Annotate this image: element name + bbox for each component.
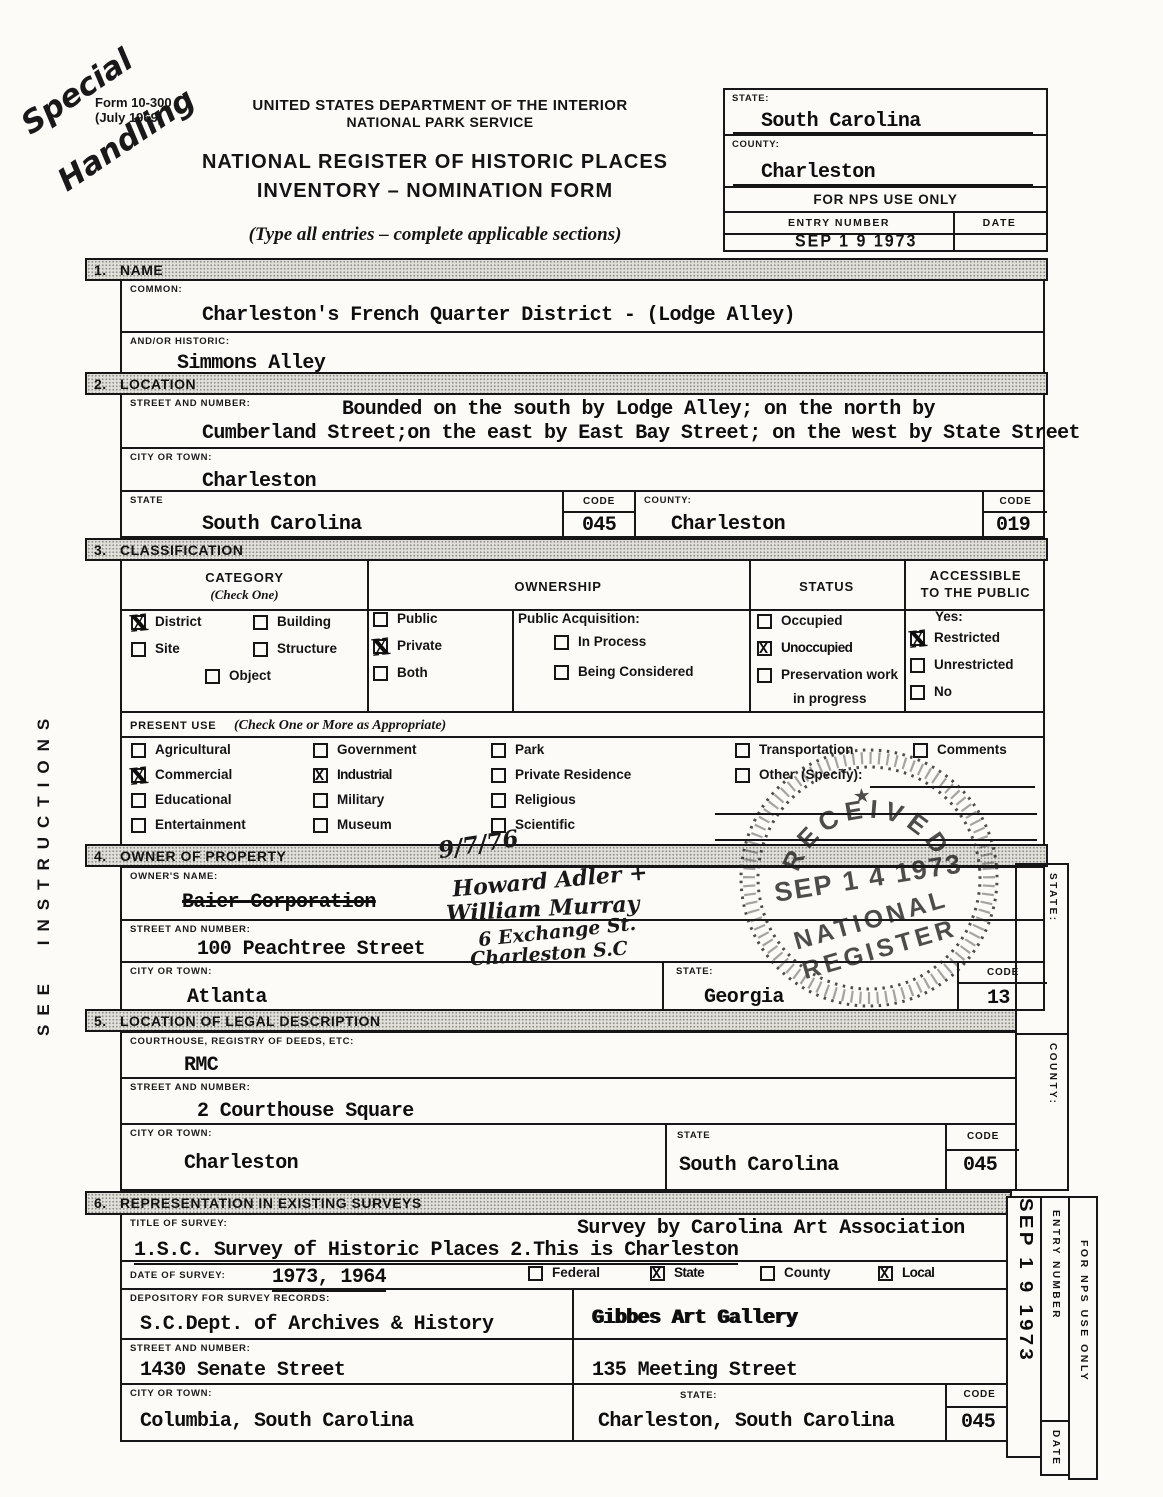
checkbox-educational: Educational [131,793,232,808]
legal-state-label: STATE [677,1131,710,1141]
common-name-row: COMMON: Charleston's French Quarter Dist… [120,279,1045,333]
checkbox-no: No [910,685,952,700]
section4-bar: 4. OWNER OF PROPERTY [85,844,1048,867]
nps-use-box: STATE: South Carolina COUNTY: Charleston… [723,88,1048,252]
checkbox-military: Military [313,793,384,808]
checkbox-square [491,743,506,758]
preservation-work-line2: in progress [793,691,867,706]
accessible-header-line1: ACCESSIBLE [904,568,1047,583]
legal-state-value: South Carolina [679,1155,839,1177]
nps-use-only-label: FOR NPS USE ONLY [725,192,1046,207]
other-specify-note: (Specify): [801,767,863,782]
margin-county-box: COUNTY: [1015,1033,1069,1191]
date-label: DATE [953,217,1046,229]
location-street-row: STREET AND NUMBER: Bounded on the south … [120,393,1045,449]
state-label: STATE: [732,94,769,104]
survey-title-row: TITLE OF SURVEY: Survey by Carolina Art … [120,1213,1010,1262]
owner-state-cell: STATE: Georgia [662,963,957,1009]
margin-nps-only-box: FOR NPS USE ONLY [1068,1196,1098,1480]
checkbox-being-considered: Being Considered [554,665,694,680]
depository-row: DEPOSITORY FOR SURVEY RECORDS: S.C.Dept.… [120,1288,1010,1340]
checkbox-square: X [131,768,146,783]
entry-number-label: ENTRY NUMBER [725,217,953,229]
section3-number: 3. [94,542,120,558]
checkbox-square [528,1266,543,1281]
legal-city-value: Charleston [184,1153,298,1175]
checkbox-unoccupied: XUnoccupied [757,641,852,656]
checkbox-square [913,743,928,758]
owner-name-label: OWNER'S NAME: [130,872,218,882]
checkbox-unrestricted: Unrestricted [910,658,1014,673]
checkbox-object: Object [205,669,271,684]
section6-bar: 6. REPRESENTATION IN EXISTING SURVEYS [85,1191,1012,1215]
section2-number: 2. [94,376,120,392]
checkbox-square [253,642,268,657]
section2-bar: 2. LOCATION [85,372,1048,395]
county-label: COUNTY: [732,140,779,150]
owner-code-value: 13 [987,988,1010,1010]
section2-title: LOCATION [120,376,196,392]
checkbox-state-survey: XState [650,1266,704,1281]
present-use-note: (Check One or More as Appropriate) [234,718,446,734]
legal-code-value: 045 [963,1155,997,1177]
checkbox-square: X [878,1266,893,1281]
section3-bar: 3. CLASSIFICATION [85,538,1048,561]
entry-date-stamp: SEP 1 9 1973 [795,232,917,251]
city-label: CITY OR TOWN: [130,453,212,463]
checkbox-square [757,668,772,683]
margin-county-label: COUNTY: [1047,1043,1058,1105]
margin-entry-date-stamp: SEP 1 9 1973 [1014,1198,1035,1363]
historic-name-row: AND/OR HISTORIC: Simmons Alley [120,331,1045,374]
checkbox-square [735,768,750,783]
checkbox-federal: Federal [528,1266,600,1281]
accessible-header-line2: TO THE PUBLIC [904,585,1047,600]
section6-title: REPRESENTATION IN EXISTING SURVEYS [120,1195,422,1211]
legal-street-label: STREET AND NUMBER: [130,1083,250,1093]
checkbox-square [910,658,925,673]
checkbox-county-survey: County [760,1266,831,1281]
checkbox-private-residence: Private Residence [491,768,631,783]
checkbox-square [131,793,146,808]
legal-city-label: CITY OR TOWN: [130,1129,212,1139]
county-cell: COUNTY: Charleston [634,492,982,536]
county-code-cell: CODE 019 [982,492,1047,536]
section4-number: 4. [94,848,120,864]
checkbox-square: X [373,639,388,654]
checkbox-entertainment: Entertainment [131,818,246,833]
checkbox-square: X [650,1266,665,1281]
department-line: UNITED STATES DEPARTMENT OF THE INTERIOR [220,97,660,114]
owner-street-label: STREET AND NUMBER: [130,925,250,935]
see-instructions-margin: SEE INSTRUCTIONS [34,556,54,1036]
code-label: CODE [947,1131,1019,1142]
checkbox-square [757,614,772,629]
section1-title: NAME [120,262,163,278]
checkbox-square [131,743,146,758]
county-value: Charleston [671,514,785,536]
checkbox-square [373,666,388,681]
street-label: STREET AND NUMBER: [130,399,250,409]
checkbox-building: Building [253,615,331,630]
owner-street-value: 100 Peachtree Street [197,939,425,961]
margin-entry-number-label: ENTRY NUMBER [1050,1210,1061,1320]
checkbox-square [491,768,506,783]
checkbox-square [554,635,569,650]
checkbox-square [554,665,569,680]
scanned-nomination-form: Special Handling Form 10-300 (July 1969)… [0,0,1163,1497]
margin-stamp-box: SEP 1 9 1973 [1006,1196,1042,1458]
county-code-value: 019 [996,515,1030,537]
survey-city-label: CITY OR TOWN: [130,1389,212,1399]
checkbox-square [760,1266,775,1281]
form-title-line2: INVENTORY – NOMINATION FORM [190,180,680,203]
margin-state-box: STATE: [1015,863,1069,1035]
checkbox-square [205,669,220,684]
depository-value-2: Gibbes Art Gallery [592,1308,797,1330]
owner-state-label: STATE: [676,967,713,977]
checkbox-square [313,743,328,758]
survey-street-value-2: 135 Meeting Street [592,1360,797,1382]
legal-street-row: STREET AND NUMBER: 2 Courthouse Square [120,1077,1017,1125]
location-city-row: CITY OR TOWN: Charleston [120,447,1045,492]
historic-label: AND/OR HISTORIC: [130,337,230,347]
checkbox-comments: Comments [913,743,1007,758]
survey-street-value-1: 1430 Senate Street [140,1360,345,1382]
section5-bar: 5. LOCATION OF LEGAL DESCRIPTION [85,1009,1017,1032]
checkbox-commercial: XCommercial [131,768,232,783]
present-use-header-row: PRESENT USE (Check One or More as Approp… [120,711,1045,738]
section4-title: OWNER OF PROPERTY [120,848,286,864]
checkbox-religious: Religious [491,793,576,808]
code-label: CODE [984,496,1047,507]
checkbox-site: Site [131,642,180,657]
checkbox-restricted: XRestricted [910,631,1000,646]
checkbox-district: XDistrict [131,615,202,630]
common-name-value: Charleston's French Quarter District - (… [202,305,795,327]
survey-city-row: CITY OR TOWN: Columbia, South Carolina S… [120,1383,1010,1442]
checkbox-square: X [313,768,328,783]
status-header: STATUS [749,579,904,594]
street-value-line2: Cumberland Street;on the east by East Ba… [202,423,1080,445]
courthouse-value: RMC [184,1055,218,1077]
checkbox-private: XPrivate [373,639,442,654]
access-yes-label: Yes: [935,609,963,624]
checkbox-museum: Museum [313,818,392,833]
checkbox-square [910,685,925,700]
owner-name-value: Baier Corporation [182,892,376,914]
survey-code-value: 045 [961,1412,995,1434]
courthouse-label: COURTHOUSE, REGISTRY OF DEEDS, ETC: [130,1037,354,1047]
legal-state-cell: STATE South Carolina [665,1125,945,1189]
owner-state-value: Georgia [704,987,784,1009]
checkbox-square [131,818,146,833]
survey-state-label: STATE: [680,1391,717,1401]
acquisition-label: Public Acquisition: [518,611,640,626]
checkbox-industrial: XIndustrial [313,768,392,783]
present-use-label: PRESENT USE [130,720,216,732]
state-label: STATE [130,496,163,506]
street-value-line1: Bounded on the south by Lodge Alley; on … [342,399,935,421]
checkbox-preservation-work: Preservation work [757,668,898,683]
state-value: South Carolina [761,111,921,133]
owner-city-label: CITY OR TOWN: [130,967,212,977]
agency-line: NATIONAL PARK SERVICE [220,114,660,130]
present-use-body [120,736,1045,846]
courthouse-row: COURTHOUSE, REGISTRY OF DEEDS, ETC: RMC [120,1031,1017,1079]
state-value: South Carolina [202,514,362,536]
checkbox-transportation: Transportation [735,743,854,758]
checkbox-agricultural: Agricultural [131,743,231,758]
ownership-header: OWNERSHIP [367,579,749,594]
checkbox-square [491,793,506,808]
margin-nps-only-label: FOR NPS USE ONLY [1078,1240,1090,1382]
checkbox-both: Both [373,666,428,681]
section1-bar: 1. NAME [85,258,1048,281]
survey-date-label: DATE OF SURVEY: [130,1271,225,1281]
margin-state-label: STATE: [1047,873,1058,923]
county-label: COUNTY: [644,496,691,506]
legal-street-value: 2 Courthouse Square [197,1101,414,1123]
category-note: (Check One) [122,587,367,603]
checkbox-square [373,612,388,627]
legal-city-row: CITY OR TOWN: Charleston STATE South Car… [120,1123,1017,1191]
survey-title-line1: Survey by Carolina Art Association [577,1218,965,1240]
type-instruction: (Type all entries – complete applicable … [180,224,690,246]
depository-label: DEPOSITORY FOR SURVEY RECORDS: [130,1294,330,1304]
checkbox-structure: Structure [253,642,337,657]
section5-title: LOCATION OF LEGAL DESCRIPTION [120,1013,381,1029]
checkbox-local-survey: XLocal [878,1266,934,1281]
legal-code-cell: CODE 045 [945,1125,1019,1189]
checkbox-square [313,818,328,833]
checkbox-occupied: Occupied [757,614,843,629]
checkbox-park: Park [491,743,544,758]
checkbox-square: X [131,615,146,630]
survey-city-value-1: Columbia, South Carolina [140,1411,414,1433]
form-title-line1: NATIONAL REGISTER OF HISTORIC PLACES [190,151,680,174]
survey-code-cell: CODE 045 [945,1385,1012,1440]
checkbox-other: Other(Specify): [735,768,863,783]
margin-date-label: DATE [1050,1430,1061,1466]
form-revision-date: (July 1969) [95,110,162,125]
checkbox-public: Public [373,612,438,627]
checkbox-government: Government [313,743,417,758]
section5-number: 5. [94,1013,120,1029]
checkbox-square [253,615,268,630]
owner-city-row: CITY OR TOWN: Atlanta STATE: Georgia COD… [120,961,1045,1011]
form-number: Form 10-300 [95,95,172,110]
location-state-row: STATE South Carolina CODE 045 COUNTY: Ch… [120,490,1045,538]
code-label: CODE [564,496,634,507]
county-value: Charleston [761,162,875,184]
section6-number: 6. [94,1195,120,1211]
state-code-cell: CODE 045 [562,492,634,536]
checkbox-square [735,743,750,758]
checkbox-square: X [910,631,925,646]
owner-city-value: Atlanta [187,987,267,1009]
checkbox-square [131,642,146,657]
category-header: CATEGORY [122,570,367,585]
checkbox-in-process: In Process [554,635,646,650]
common-label: COMMON: [130,285,182,295]
depository-value-1: S.C.Dept. of Archives & History [140,1314,493,1336]
survey-street-row: STREET AND NUMBER: 1430 Senate Street 13… [120,1338,1010,1385]
survey-state-value: Charleston, South Carolina [598,1411,894,1433]
section3-title: CLASSIFICATION [120,542,243,558]
margin-entry-number-box: ENTRY NUMBER [1040,1196,1070,1422]
state-code-value: 045 [582,515,616,537]
margin-date-box: DATE [1040,1420,1070,1476]
survey-street-label: STREET AND NUMBER: [130,1344,250,1354]
code-label: CODE [947,1389,1012,1400]
checkbox-square [313,793,328,808]
checkbox-square: X [757,641,772,656]
section1-number: 1. [94,262,120,278]
survey-title-label: TITLE OF SURVEY: [130,1219,227,1229]
